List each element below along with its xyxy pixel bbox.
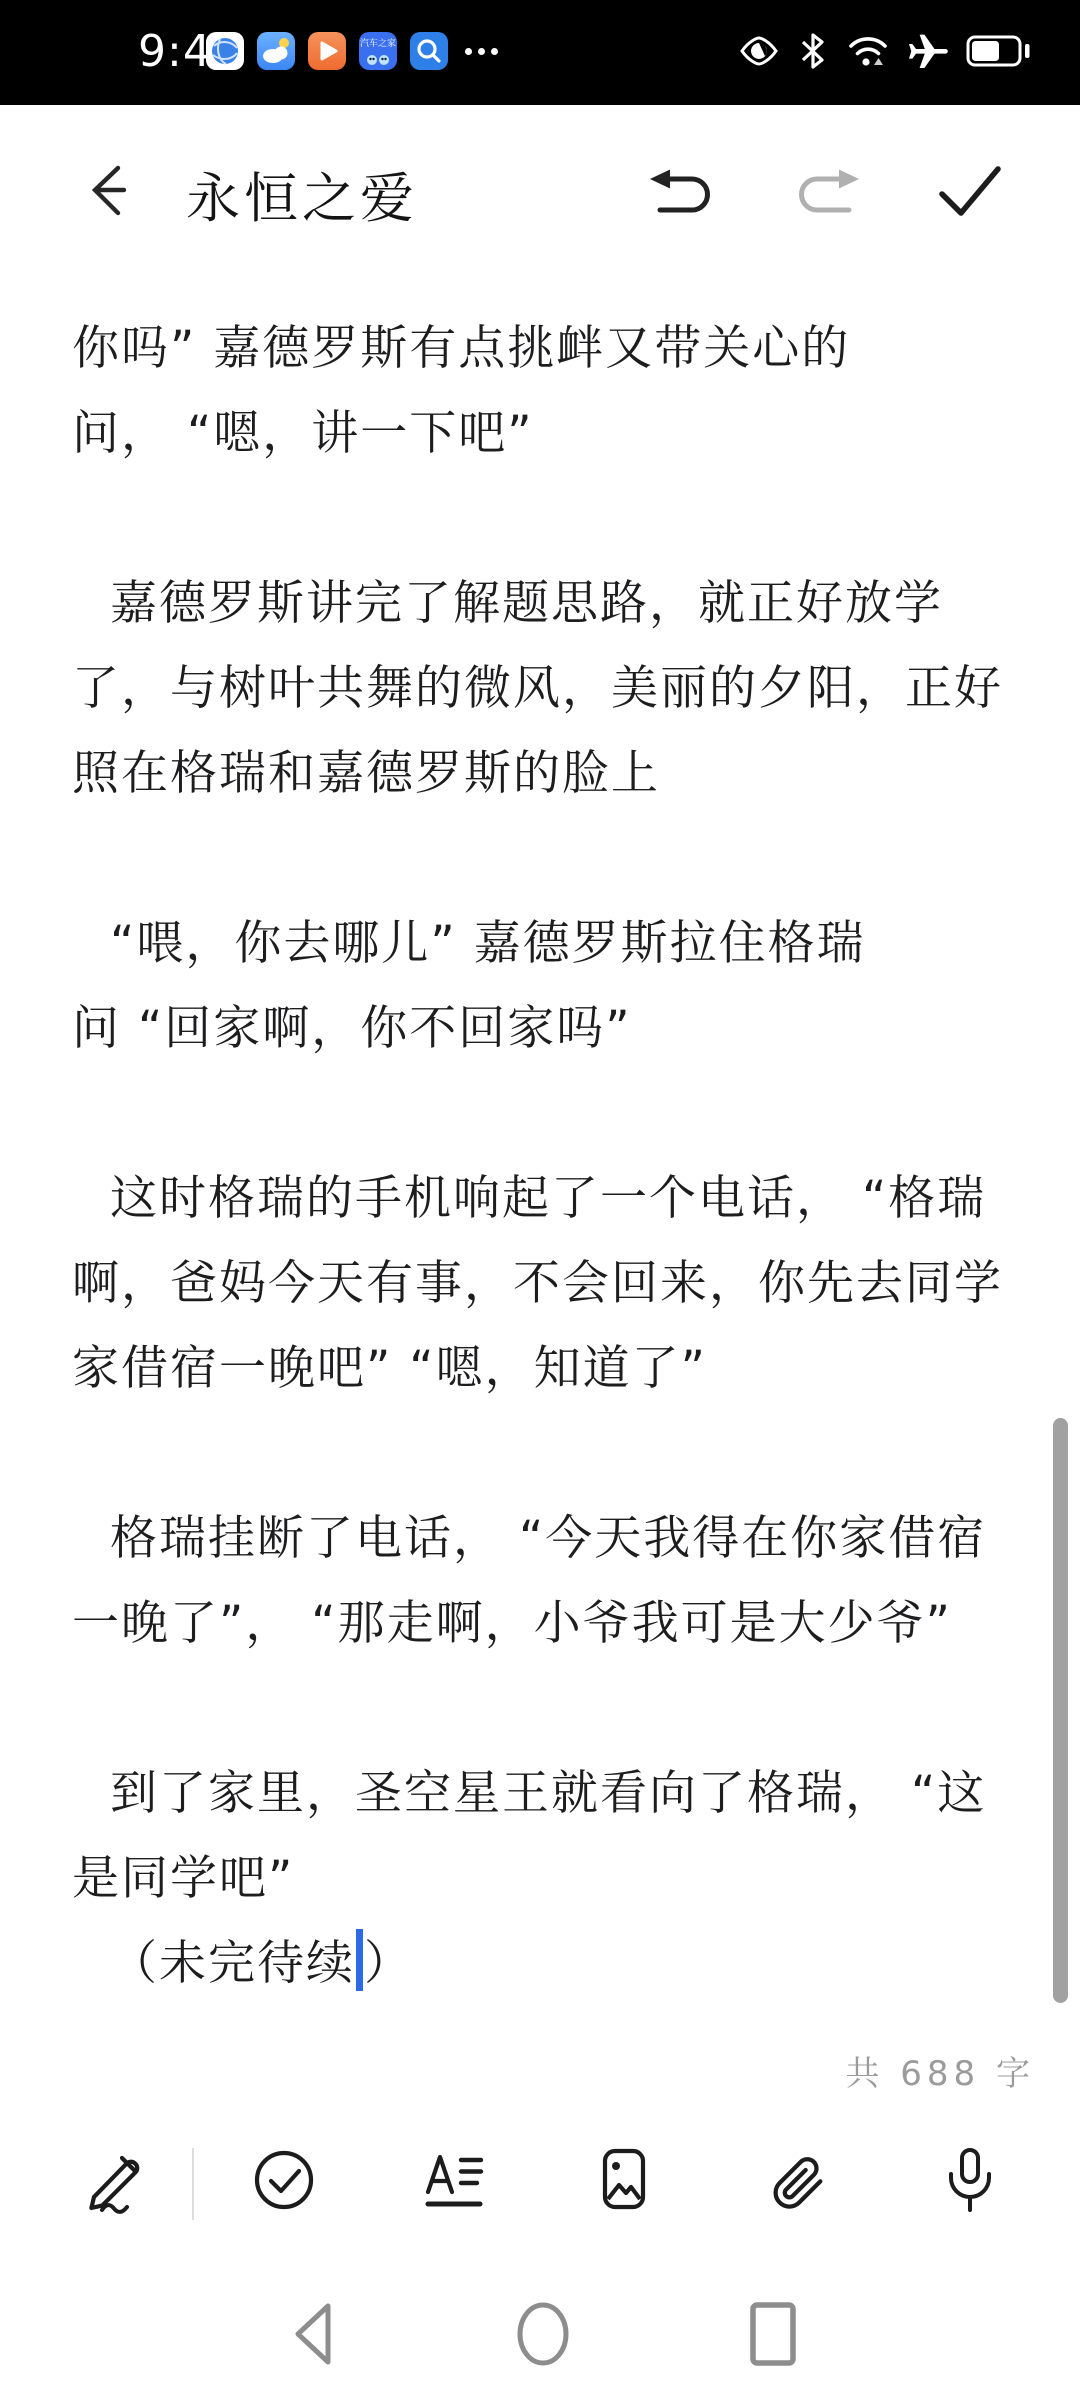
- eye-comfort-icon: [738, 30, 780, 72]
- undo-button[interactable]: [646, 168, 716, 216]
- text-line: 了，与树叶共舞的微风，美丽的夕阳，正好: [72, 646, 1008, 731]
- stylus-button[interactable]: [80, 2146, 150, 2216]
- status-bar: 9:40 汽车之家: [0, 0, 1080, 105]
- nav-home-button[interactable]: [512, 2298, 574, 2370]
- nav-back-button[interactable]: [284, 2298, 346, 2370]
- text-line: 问 “回家啊，你不回家吗”: [72, 986, 1008, 1071]
- status-icons: [738, 30, 1032, 72]
- text-line: 格瑞挂断了电话， “今天我得在你家借宿: [72, 1496, 1008, 1581]
- search-app-icon: [410, 32, 448, 70]
- bluetooth-icon: [795, 30, 831, 72]
- text-line: 啊，爸妈今天有事，不会回来，你先去同学: [72, 1241, 1008, 1326]
- text-line: 照在格瑞和嘉德罗斯的脸上: [72, 731, 1008, 816]
- paragraph: 你吗” 嘉德罗斯有点挑衅又带关心的 问， “嗯，讲一下吧”: [72, 306, 1008, 476]
- editor-header: 永恒之爱: [0, 120, 1080, 270]
- note-text-area[interactable]: 你吗” 嘉德罗斯有点挑衅又带关心的 问， “嗯，讲一下吧” 嘉德罗斯讲完了解题思…: [72, 306, 1008, 2091]
- word-count: 共 688 字: [845, 2046, 1035, 2095]
- text-line: 你吗” 嘉德罗斯有点挑衅又带关心的: [72, 306, 1008, 391]
- toolbar-divider: [192, 2148, 194, 2220]
- voice-button[interactable]: [936, 2146, 1004, 2216]
- note-title-field[interactable]: 永恒之爱: [186, 156, 418, 233]
- scrollbar[interactable]: [1053, 1418, 1068, 2003]
- image-button[interactable]: [590, 2146, 658, 2214]
- battery-icon: [966, 31, 1032, 71]
- confirm-button[interactable]: [933, 160, 1007, 224]
- paragraph: 到了家里，圣空星王就看向了格瑞， “这 是同学吧” （未完待续）: [72, 1751, 1008, 2006]
- text-format-button[interactable]: [420, 2146, 488, 2214]
- nav-recents-button[interactable]: [742, 2298, 804, 2370]
- attachment-button[interactable]: [762, 2146, 832, 2216]
- cursor-line-after: ）: [364, 1936, 413, 1991]
- text-cursor: [356, 1929, 363, 1991]
- notification-icons: 汽车之家: [206, 32, 498, 70]
- weather-app-icon: [257, 32, 295, 70]
- paragraph: 嘉德罗斯讲完了解题思路，就正好放学 了，与树叶共舞的微风，美丽的夕阳，正好 照在…: [72, 561, 1008, 816]
- text-line: “喂，你去哪儿” 嘉德罗斯拉住格瑞: [72, 901, 1008, 986]
- todo-check-button[interactable]: [250, 2146, 318, 2214]
- notes-app-screen: 9:40 汽车之家: [0, 0, 1080, 2400]
- text-line: 问， “嗯，讲一下吧”: [72, 391, 1008, 476]
- text-line: 这时格瑞的手机响起了一个电话， “格瑞: [72, 1156, 1008, 1241]
- android-nav-bar: [0, 2270, 1080, 2400]
- autohome-app-icon: 汽车之家: [359, 32, 397, 70]
- back-button[interactable]: [84, 160, 142, 222]
- browser-app-icon: [206, 32, 244, 70]
- cursor-line: （未完待续）: [72, 1921, 1008, 2006]
- redo-button[interactable]: [793, 168, 863, 216]
- video-app-icon: [308, 32, 346, 70]
- editor-toolbar: [0, 2140, 1080, 2235]
- paragraph: “喂，你去哪儿” 嘉德罗斯拉住格瑞 问 “回家啊，你不回家吗”: [72, 901, 1008, 1071]
- more-notifications-icon: [465, 48, 498, 55]
- text-line: 家借宿一晚吧” “嗯，知道了”: [72, 1326, 1008, 1411]
- paragraph: 格瑞挂断了电话， “今天我得在你家借宿 一晚了”， “那走啊，小爷我可是大少爷”: [72, 1496, 1008, 1666]
- cursor-line-before: （未完待续: [110, 1936, 355, 1991]
- text-line: 到了家里，圣空星王就看向了格瑞， “这: [72, 1751, 1008, 1836]
- text-line: 嘉德罗斯讲完了解题思路，就正好放学: [72, 561, 1008, 646]
- wifi-icon: [846, 30, 892, 72]
- text-line: 是同学吧”: [72, 1836, 1008, 1921]
- airplane-mode-icon: [907, 30, 951, 72]
- paragraph: 这时格瑞的手机响起了一个电话， “格瑞 啊，爸妈今天有事，不会回来，你先去同学 …: [72, 1156, 1008, 1411]
- text-line: 一晚了”， “那走啊，小爷我可是大少爷”: [72, 1581, 1008, 1666]
